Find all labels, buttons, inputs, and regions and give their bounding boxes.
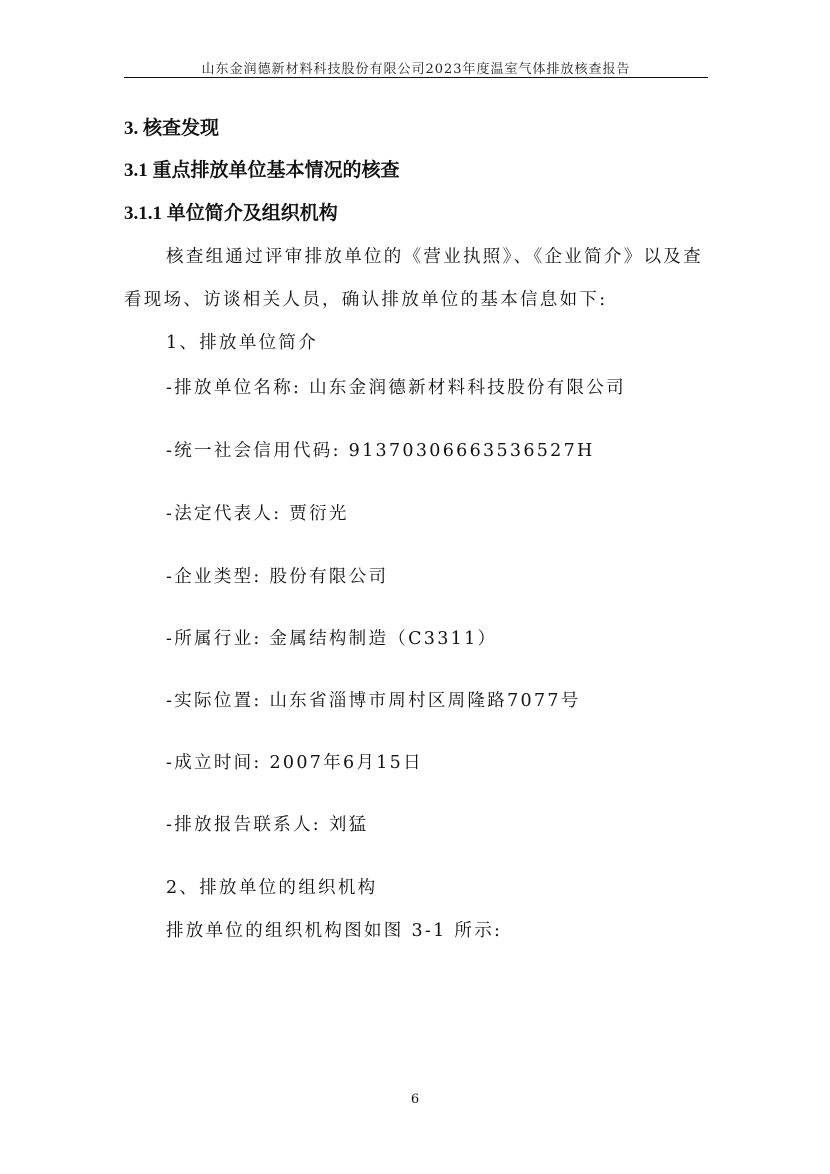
info-item-established: -成立时间: 2007年6月15日 xyxy=(166,749,423,774)
heading-level-1: 3. 核查发现 xyxy=(124,113,219,140)
section-2-text: 排放单位的组织机构图如图 3-1 所示: xyxy=(166,917,502,942)
info-item-credit-code: -统一社会信用代码: 91370306663536527H xyxy=(166,437,595,462)
header-divider xyxy=(124,77,708,78)
info-item-enterprise-type: -企业类型: 股份有限公司 xyxy=(166,563,388,588)
section-1-title: 1、排放单位简介 xyxy=(166,329,318,354)
info-item-location: -实际位置: 山东省淄博市周村区周隆路7077号 xyxy=(166,687,581,712)
header-title: 山东金润德新材料科技股份有限公司2023年度温室气体排放核查报告 xyxy=(124,58,708,77)
info-item-industry: -所属行业: 金属结构制造（C3311） xyxy=(166,625,497,650)
heading-level-3: 3.1.1 单位简介及组织机构 xyxy=(124,198,338,225)
heading-level-2: 3.1 重点排放单位基本情况的核查 xyxy=(124,155,400,182)
page-number: 6 xyxy=(0,1092,830,1107)
section-2-title: 2、排放单位的组织机构 xyxy=(166,874,377,899)
intro-paragraph-line-2: 看现场、访谈相关人员，确认排放单位的基本信息如下: xyxy=(124,286,607,311)
intro-paragraph-line-1: 核查组通过评审排放单位的《营业执照》、《企业简介》以及查 xyxy=(166,243,703,268)
info-item-contact: -排放报告联系人: 刘猛 xyxy=(166,811,368,836)
info-item-legal-rep: -法定代表人: 贾衍光 xyxy=(166,500,349,525)
info-item-company-name: -排放单位名称: 山东金润德新材料科技股份有限公司 xyxy=(166,374,626,399)
